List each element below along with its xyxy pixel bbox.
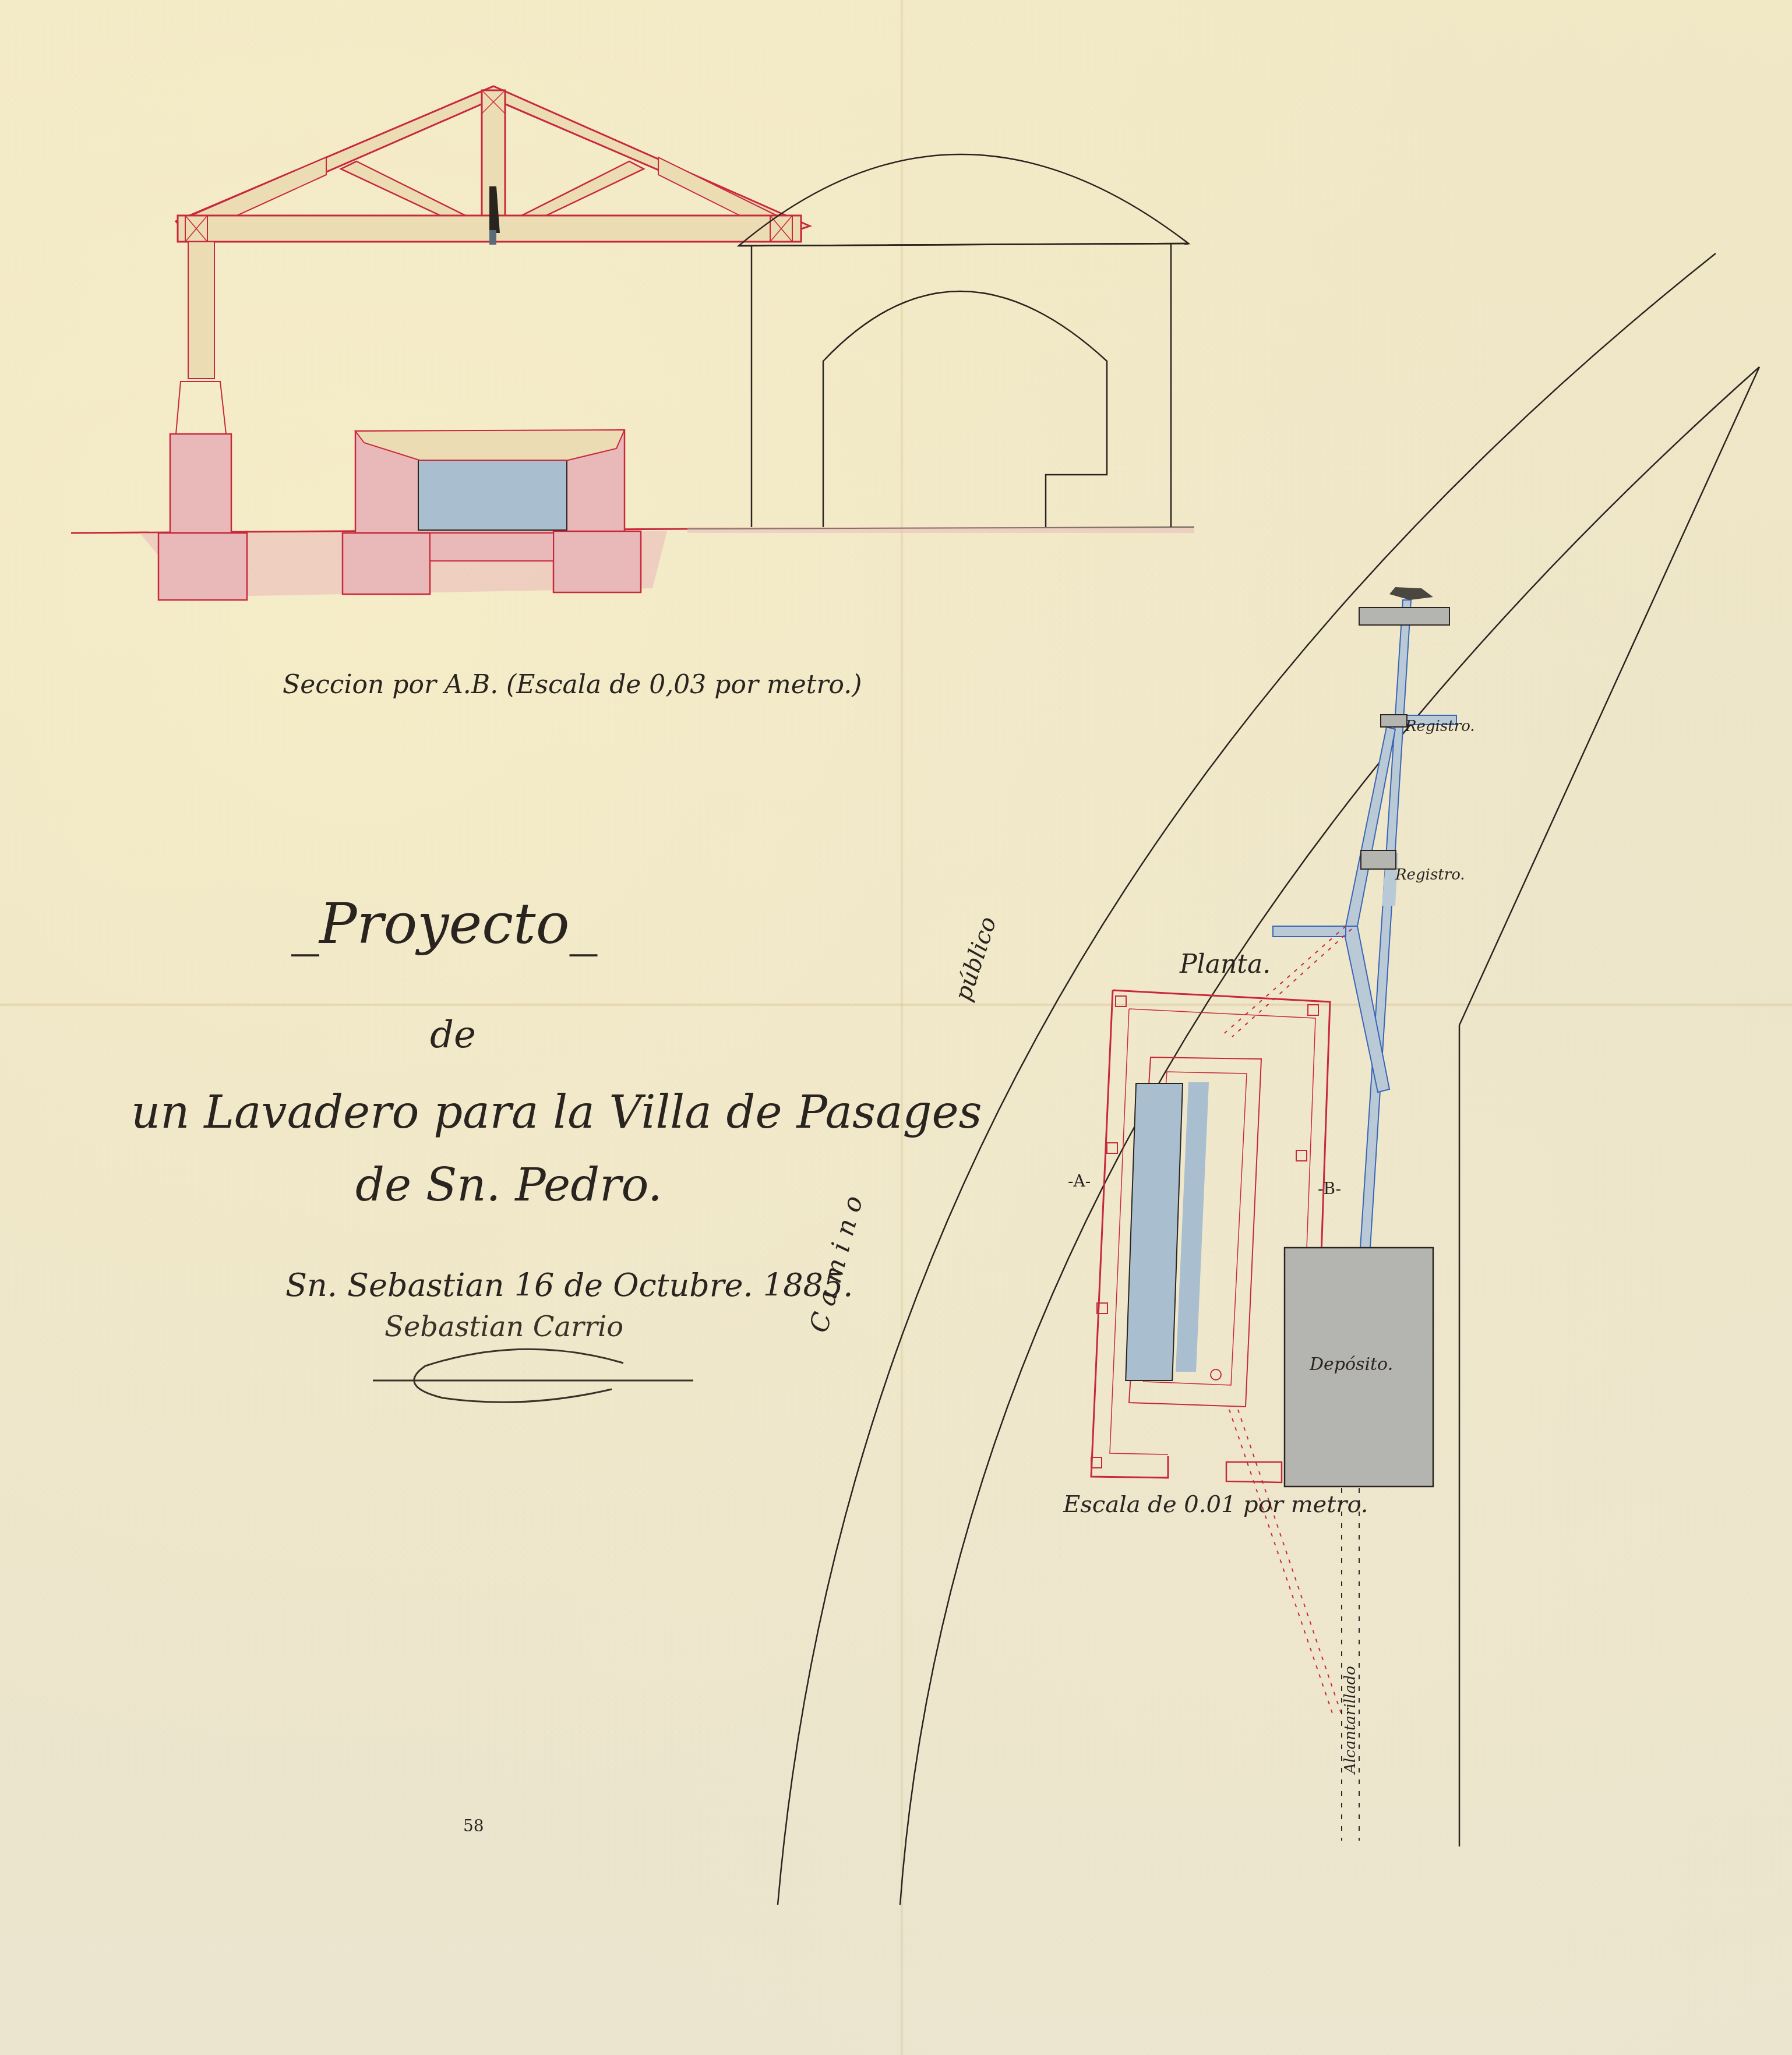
water-pipes xyxy=(1273,587,1456,1248)
plan-scale: Escala de 0.01 por metro. xyxy=(1063,1491,1368,1518)
title-connector: de xyxy=(430,1014,476,1057)
registro-label-lower: Registro. xyxy=(1395,866,1465,884)
signature-flourish xyxy=(373,1349,693,1402)
section-point-a: -A- xyxy=(1068,1171,1091,1191)
document-subtitle-line1: un Lavadero para la Villa de Pasages xyxy=(131,1086,982,1139)
section-view xyxy=(71,86,1194,600)
registro-label-upper: Registro. xyxy=(1405,718,1475,735)
architect-signature: Sebastian Carrio xyxy=(384,1311,623,1343)
spring-source xyxy=(1389,587,1433,600)
document-subtitle-line2: de Sn. Pedro. xyxy=(355,1159,662,1212)
drawing-canvas xyxy=(0,0,1792,2055)
road-right-edge xyxy=(900,367,1759,1905)
plan-title: Planta. xyxy=(1180,949,1271,979)
registro-box-lower xyxy=(1361,850,1396,869)
sewer-label: Alcantarillado xyxy=(1342,1666,1359,1774)
sewer-lines xyxy=(1342,1488,1359,1841)
place-and-date: Sn. Sebastian 16 de Octubre. 1885. xyxy=(285,1267,853,1304)
document-title: _Proyecto_ xyxy=(291,891,597,956)
boundary-line xyxy=(1459,367,1759,1846)
deposit-label: Depósito. xyxy=(1310,1354,1393,1375)
section-caption: Seccion por A.B. (Escala de 0,03 por met… xyxy=(283,670,862,700)
paper-sheet: _Proyecto_ de un Lavadero para la Villa … xyxy=(0,0,1792,2055)
roof-truss xyxy=(176,86,810,245)
intake-block xyxy=(1359,608,1449,625)
folio-mark: 58 xyxy=(463,1816,484,1835)
registro-box-upper xyxy=(1381,715,1407,727)
section-point-b: -B- xyxy=(1318,1179,1341,1198)
column xyxy=(158,242,247,600)
arched-building-elevation xyxy=(739,154,1188,527)
